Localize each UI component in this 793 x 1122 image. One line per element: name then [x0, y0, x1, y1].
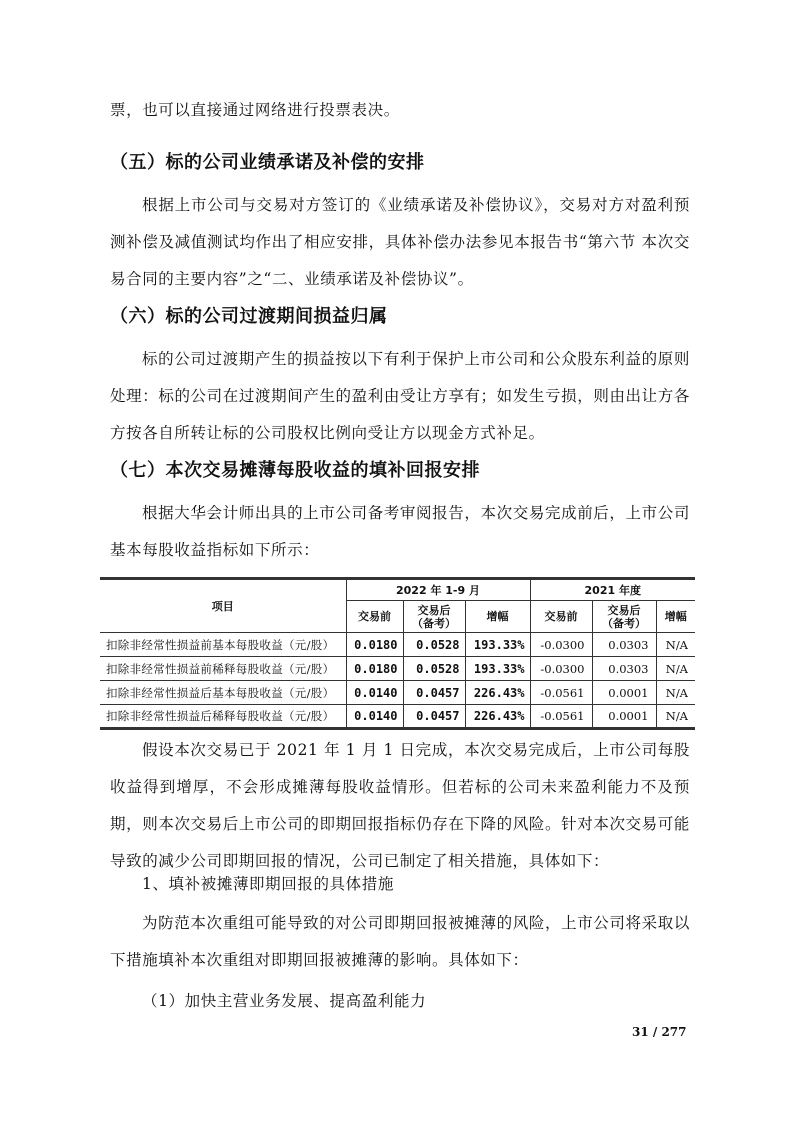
page-number: 31 / 277: [632, 1025, 687, 1039]
change-header-2022: 增幅: [465, 601, 530, 633]
cell-change-2022: 226.43%: [465, 705, 530, 729]
measure-item-1: （1）加快主营业务发展、提高盈利能力: [110, 983, 690, 1020]
cell-before-2021: -0.0561: [530, 681, 592, 705]
cell-after-2022: 0.0528: [403, 657, 465, 681]
measures-paragraph: 为防范本次重组可能导致的对公司即期回报被摊薄的风险，上市公司将采取以下措施填补本…: [110, 905, 690, 979]
cell-before-2021: -0.0300: [530, 657, 592, 681]
period-2021-header: 2021 年度: [530, 579, 695, 601]
section-heading-7: （七）本次交易摊薄每股收益的填补回报安排: [110, 456, 480, 482]
table-row: 扣除非经常性损益前基本每股收益（元/股） 0.0180 0.0528 193.3…: [100, 633, 695, 657]
row-label: 扣除非经常性损益后基本每股收益（元/股）: [100, 681, 346, 705]
after-header-2021: 交易后（备考）: [592, 601, 656, 633]
cell-change-2022: 226.43%: [465, 681, 530, 705]
row-label: 扣除非经常性损益前基本每股收益（元/股）: [100, 633, 346, 657]
cell-before-2022: 0.0180: [346, 657, 403, 681]
cell-change-2022: 193.33%: [465, 657, 530, 681]
row-label: 扣除非经常性损益后稀释每股收益（元/股）: [100, 705, 346, 729]
dilution-paragraph: 假设本次交易已于 2021 年 1 月 1 日完成，本次交易完成后，上市公司每股…: [110, 732, 690, 880]
cell-after-2021: 0.0303: [592, 633, 656, 657]
cell-before-2021: -0.0561: [530, 705, 592, 729]
pro-forma-label: （备考）: [412, 617, 456, 630]
after-header-2022: 交易后（备考）: [403, 601, 465, 633]
paragraph-continuation: 票，也可以直接通过网络进行投票表决。: [110, 92, 690, 129]
row-label: 扣除非经常性损益前稀释每股收益（元/股）: [100, 657, 346, 681]
cell-change-2021: N/A: [656, 705, 695, 729]
cell-after-2022: 0.0528: [403, 633, 465, 657]
cell-after-2022: 0.0457: [403, 681, 465, 705]
table-row: 扣除非经常性损益前稀释每股收益（元/股） 0.0180 0.0528 193.3…: [100, 657, 695, 681]
table-row: 扣除非经常性损益后稀释每股收益（元/股） 0.0140 0.0457 226.4…: [100, 705, 695, 729]
pro-forma-label: （备考）: [602, 617, 646, 630]
cell-after-2022: 0.0457: [403, 705, 465, 729]
before-header-2022: 交易前: [346, 601, 403, 633]
cell-change-2021: N/A: [656, 657, 695, 681]
cell-before-2022: 0.0180: [346, 633, 403, 657]
before-header-2021: 交易前: [530, 601, 592, 633]
change-header-2021: 增幅: [656, 601, 695, 633]
table-row: 扣除非经常性损益后基本每股收益（元/股） 0.0140 0.0457 226.4…: [100, 681, 695, 705]
cell-after-2021: 0.0001: [592, 705, 656, 729]
section-heading-5: （五）标的公司业绩承诺及补偿的安排: [110, 148, 425, 174]
cell-after-2021: 0.0303: [592, 657, 656, 681]
subheading-measures: 1、填补被摊薄即期回报的具体措施: [110, 866, 690, 903]
section-5-paragraph: 根据上市公司与交易对方签订的《业绩承诺及补偿协议》，交易对方对盈利预测补偿及减值…: [110, 187, 690, 298]
cell-before-2022: 0.0140: [346, 705, 403, 729]
section-7-paragraph: 根据大华会计师出具的上市公司备考审阅报告，本次交易完成前后，上市公司基本每股收益…: [110, 495, 690, 569]
period-2022-header: 2022 年 1-9 月: [346, 579, 530, 601]
cell-change-2021: N/A: [656, 681, 695, 705]
cell-before-2022: 0.0140: [346, 681, 403, 705]
section-heading-6: （六）标的公司过渡期间损益归属: [110, 302, 388, 328]
cell-before-2021: -0.0300: [530, 633, 592, 657]
cell-after-2021: 0.0001: [592, 681, 656, 705]
cell-change-2021: N/A: [656, 633, 695, 657]
eps-table: 项目 2022 年 1-9 月 2021 年度 交易前 交易后（备考） 增幅 交…: [100, 577, 695, 730]
section-6-paragraph: 标的公司过渡期产生的损益按以下有利于保护上市公司和公众股东利益的原则处理：标的公…: [110, 341, 690, 452]
item-header: 项目: [100, 579, 346, 633]
document-page: 票，也可以直接通过网络进行投票表决。 （五）标的公司业绩承诺及补偿的安排 根据上…: [0, 0, 793, 1122]
cell-change-2022: 193.33%: [465, 633, 530, 657]
after-label: 交易后: [418, 604, 451, 617]
after-label: 交易后: [608, 604, 641, 617]
